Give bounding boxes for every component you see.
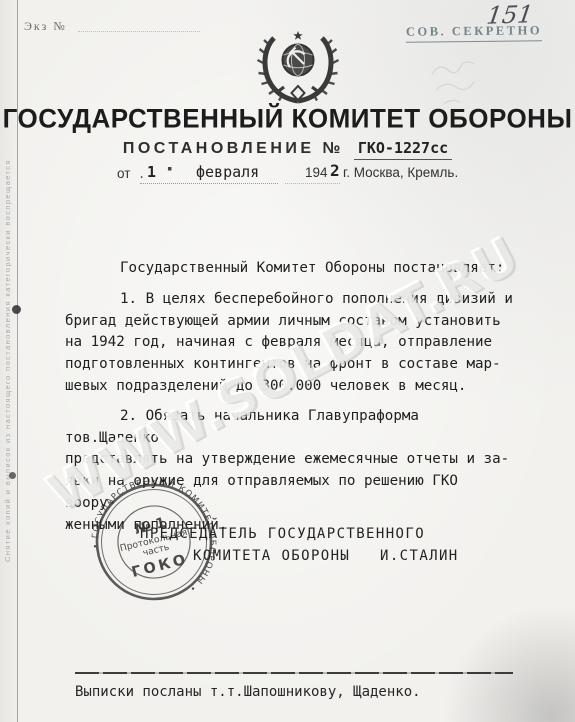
decree-number: ГКО-1227сс [354, 139, 452, 160]
date-fill-underline [140, 183, 278, 184]
handwritten-page-number: 151 [485, 0, 535, 30]
date-month: февраля [196, 163, 259, 181]
decree-type-label: ПОСТАНОВЛЕНИЕ № [123, 140, 344, 158]
organization-title: ГОСУДАРСТВЕННЫЙ КОМИТЕТ ОБОРОНЫ [0, 102, 575, 134]
footer-distribution-note: Выписки посланы т.т.Шапошникову, Щаденко… [75, 684, 421, 700]
date-year-typed: 2 [330, 161, 340, 180]
date-mark: ▪ [167, 164, 172, 174]
decree-document-scan: Снятие копий и выписок из настоящего пос… [0, 0, 575, 722]
date-place: г. Москва, Кремль. [343, 165, 458, 180]
date-prefix: от [117, 166, 130, 181]
date-fill-underline [285, 183, 340, 184]
stamp-org-short: ГОКО [130, 552, 190, 581]
body-paragraph-1: 1. В целях бесперебойного пополнения див… [65, 289, 515, 398]
soviet-coat-of-arms-icon [252, 30, 344, 104]
ink-blot-dot [12, 305, 21, 314]
ink-blot-dot [9, 472, 16, 479]
copy-number-leader-line [78, 31, 200, 32]
date-dot: . [138, 167, 145, 181]
copy-number-label: Экз № [24, 19, 67, 34]
footer-divider-line [75, 672, 513, 674]
date-day: 1 [147, 163, 156, 181]
side-restriction-note: Снятие копий и выписок из настоящего пос… [3, 152, 12, 562]
star-icon [293, 31, 302, 40]
signature-name: И.СТАЛИН [380, 548, 459, 564]
date-year-printed: 194 [305, 165, 328, 180]
body-intro: Государственный Комитет Обороны постанов… [65, 258, 515, 280]
decree-heading: ПОСТАНОВЛЕНИЕ № ГКО-1227сс [0, 139, 575, 160]
